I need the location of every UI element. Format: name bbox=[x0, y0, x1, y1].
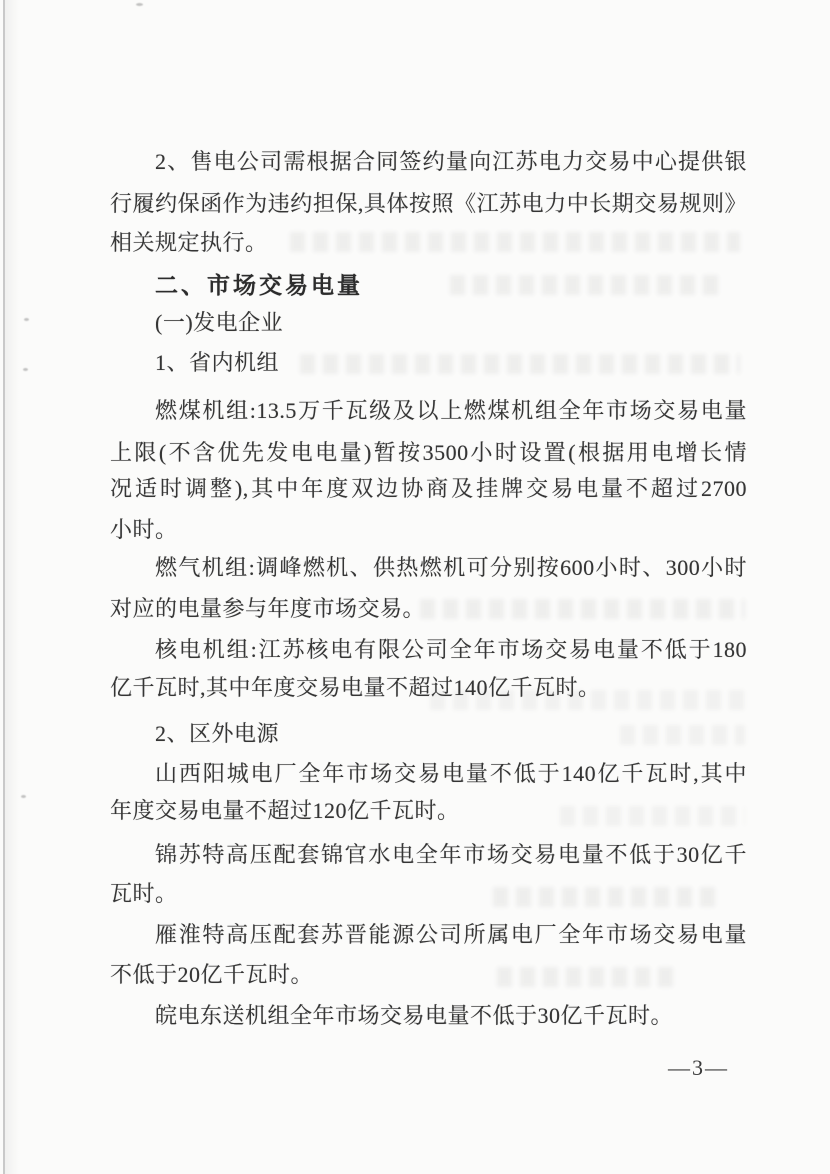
text-line: 雁淮特高压配套苏晋能源公司所属电厂全年市场交易电量 bbox=[110, 921, 747, 949]
text-line: 燃气机组:调峰燃机、供热燃机可分别按600小时、300小时 bbox=[110, 554, 747, 582]
scan-dust-speck bbox=[23, 368, 28, 371]
scan-dust-speck bbox=[21, 795, 26, 798]
page-number: —3— bbox=[668, 1055, 729, 1081]
text-line: 燃煤机组:13.5万千瓦级及以上燃煤机组全年市场交易电量 bbox=[110, 397, 747, 425]
text-line: 相关规定执行。 bbox=[110, 229, 747, 257]
scan-dust-speck bbox=[24, 318, 29, 321]
text-line: 2、售电公司需根据合同签约量向江苏电力交易中心提供银 bbox=[110, 148, 747, 176]
text-line: 瓦时。 bbox=[110, 880, 747, 908]
text-line: 锦苏特高压配套锦官水电全年市场交易电量不低于30亿千 bbox=[110, 841, 747, 869]
text-line: 况适时调整),其中年度双边协商及挂牌交易电量不超过2700 bbox=[110, 475, 747, 503]
scan-edge-shadow bbox=[5, 0, 19, 1174]
section-heading: 二、市场交易电量 bbox=[110, 271, 747, 299]
sub-heading: 2、区外电源 bbox=[110, 720, 747, 748]
text-line: 山西阳城电厂全年市场交易电量不低于140亿千瓦时,其中 bbox=[110, 760, 747, 788]
text-line: 小时。 bbox=[110, 516, 747, 544]
text-line: 不低于20亿千瓦时。 bbox=[110, 961, 747, 989]
text-line: 亿千瓦时,其中年度交易电量不超过140亿千瓦时。 bbox=[110, 674, 747, 702]
sub-heading: 1、省内机组 bbox=[110, 349, 747, 377]
text-line: 年度交易电量不超过120亿千瓦时。 bbox=[110, 797, 747, 825]
text-line: 对应的电量参与年度市场交易。 bbox=[110, 595, 747, 623]
text-line: 上限(不含优先发电电量)暂按3500小时设置(根据用电增长情 bbox=[110, 439, 747, 467]
text-line: 核电机组:江苏核电有限公司全年市场交易电量不低于180 bbox=[110, 636, 747, 664]
text-line: 行履约保函作为违约担保,具体按照《江苏电力中长期交易规则》 bbox=[110, 190, 747, 218]
scan-dust-speck bbox=[136, 3, 143, 6]
sub-heading: (一)发电企业 bbox=[110, 309, 747, 337]
document-page: 2、售电公司需根据合同签约量向江苏电力交易中心提供银 行履约保函作为违约担保,具… bbox=[0, 0, 830, 1174]
text-line: 皖电东送机组全年市场交易电量不低于30亿千瓦时。 bbox=[110, 1002, 747, 1030]
